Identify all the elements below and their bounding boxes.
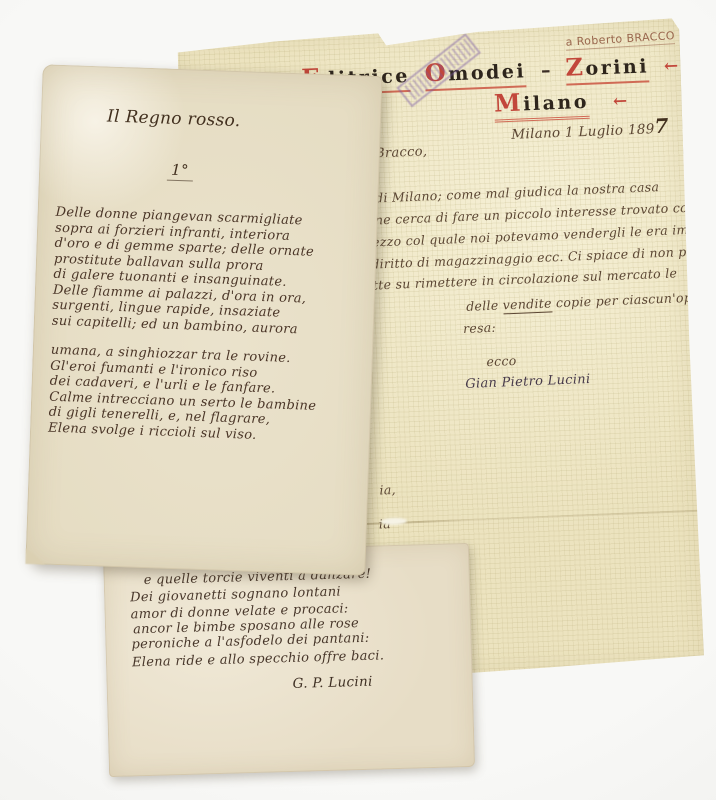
letter-line-sales: delle vendite copie per ciascun'opera, s… bbox=[466, 288, 716, 314]
handwritten-year-digit: 7 bbox=[654, 114, 669, 139]
left-arrow-icon: ← bbox=[664, 56, 679, 77]
poem-line: Elena ride e allo specchio offre baci. bbox=[132, 648, 385, 670]
poem-title: Il Regno rosso. bbox=[107, 106, 241, 131]
sonnet-sestet-page: e quelle torcie viventi a danzare! Dei g… bbox=[103, 543, 475, 777]
header-word-zorini: Zorini bbox=[565, 49, 650, 85]
author-signature: G. P. Lucini bbox=[292, 674, 372, 692]
letter-line: resa: bbox=[463, 320, 497, 336]
sonnet-octave-page: Il Regno rosso. 1° Delle donne piangevan… bbox=[25, 64, 382, 576]
paper-tear bbox=[381, 517, 407, 525]
manuscripts-photograph: a Roberto BRACCO Libreria Editrice Omode… bbox=[0, 0, 716, 800]
poem-section-number: 1° bbox=[167, 161, 193, 182]
header-dash: – bbox=[541, 59, 551, 81]
underlined-word: vendite bbox=[502, 295, 552, 314]
letter-subject-name: Gian Pietro Lucini bbox=[465, 372, 591, 392]
left-arrow-icon: ← bbox=[613, 91, 628, 112]
date-line: Milano 1 Luglio 1897 bbox=[511, 114, 669, 144]
letter-edge-fragment: ia, bbox=[379, 482, 396, 498]
letter-closing-word: ecco bbox=[486, 353, 517, 369]
pencil-annotation: a Roberto BRACCO bbox=[565, 29, 675, 51]
